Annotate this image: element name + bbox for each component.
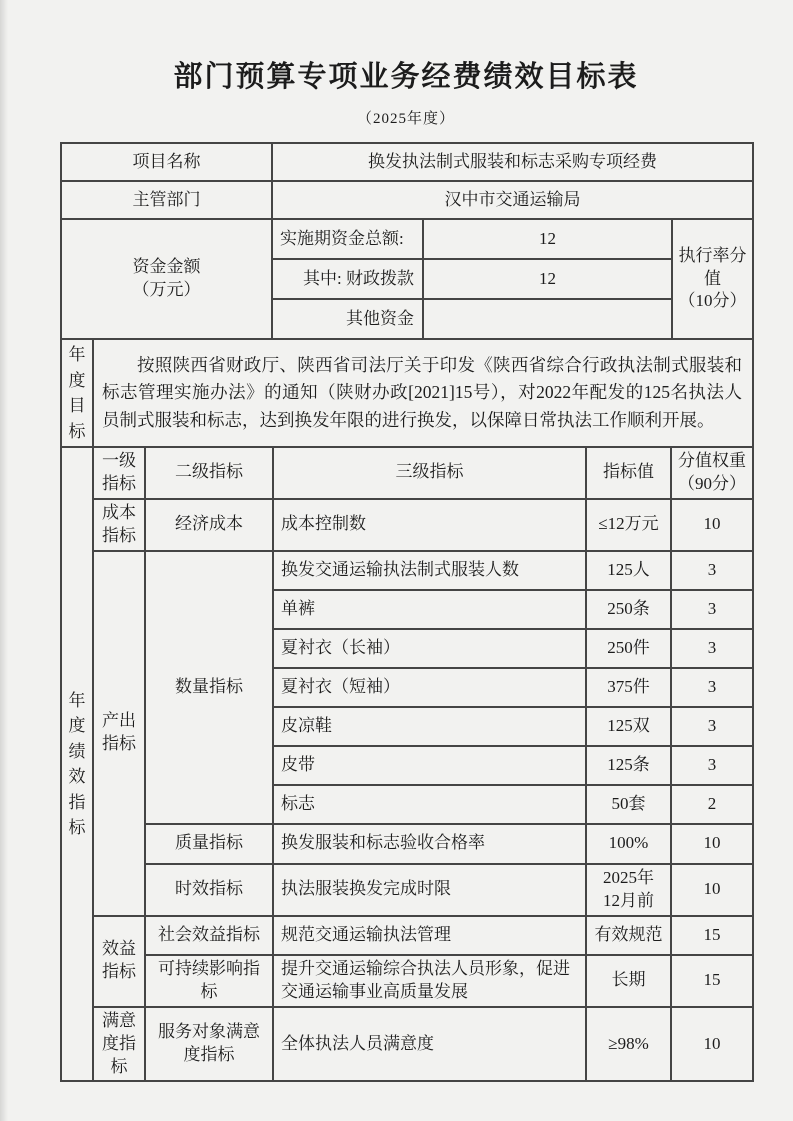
funding-fiscal-value: 12 (423, 259, 672, 299)
weight-cell: 2 (671, 785, 753, 824)
weight-cell: 10 (671, 499, 753, 551)
level1-output: 产出指标 (93, 551, 145, 916)
weight-cell: 3 (671, 590, 753, 629)
indicator-row: 质量指标 换发服装和标志验收合格率 100% 10 (61, 824, 753, 864)
value-cell: 250件 (586, 629, 671, 668)
indicator-row: 满意度指标 服务对象满意度指标 全体执法人员满意度 ≥98% 10 (61, 1007, 753, 1082)
level3-cell: 全体执法人员满意度 (273, 1007, 586, 1082)
execution-rate-label: 执行率分值 （10分） (672, 219, 753, 339)
value-cell: ≤12万元 (586, 499, 671, 551)
weight-cell: 3 (671, 551, 753, 590)
value-cell: 100% (586, 824, 671, 864)
level2-quality: 质量指标 (145, 824, 273, 864)
level3-cell: 夏衬衣（短袖） (273, 668, 586, 707)
level2-cell: 经济成本 (145, 499, 273, 551)
funding-other-value (423, 299, 672, 339)
weight-cell: 3 (671, 668, 753, 707)
indicators-side-cell: 年度绩效指标 (61, 447, 93, 1081)
annual-goal-label-cell: 年度目标 (61, 339, 93, 447)
scan-artifact (0, 0, 8, 1121)
indicators-side-label: 年度绩效指标 (69, 688, 86, 841)
level3-cell: 成本控制数 (273, 499, 586, 551)
value-cell: 250条 (586, 590, 671, 629)
info-table: 项目名称 换发执法制式服装和标志采购专项经费 主管部门 汉中市交通运输局 资金金… (60, 142, 754, 340)
indicator-row: 成本指标 经济成本 成本控制数 ≤12万元 10 (61, 499, 753, 551)
value-cell: 125条 (586, 746, 671, 785)
header-value: 指标值 (586, 447, 671, 499)
weight-cell: 10 (671, 864, 753, 916)
project-name-row: 项目名称 换发执法制式服装和标志采购专项经费 (61, 143, 753, 181)
annual-goal-row: 年度目标 按照陕西省财政厅、陕西省司法厅关于印发《陕西省综合行政执法制式服装和标… (61, 339, 753, 447)
level3-cell: 换发交通运输执法制式服装人数 (273, 551, 586, 590)
value-cell: 长期 (586, 955, 671, 1007)
funding-total-value: 12 (423, 219, 672, 259)
project-name-value: 换发执法制式服装和标志采购专项经费 (272, 143, 753, 181)
level2-sustain: 可持续影响指标 (145, 955, 273, 1007)
level3-cell: 皮带 (273, 746, 586, 785)
value-cell: 50套 (586, 785, 671, 824)
weight-cell: 3 (671, 707, 753, 746)
indicator-row: 产出指标 数量指标 换发交通运输执法制式服装人数 125人 3 (61, 551, 753, 590)
indicators-table: 年度绩效指标 一级指标 二级指标 三级指标 指标值 分值权重 （90分） 成本指… (60, 446, 754, 1082)
indicator-row: 可持续影响指标 提升交通运输综合执法人员形象，促进交通运输事业高质量发展 长期 … (61, 955, 753, 1007)
indicators-header-row: 年度绩效指标 一级指标 二级指标 三级指标 指标值 分值权重 （90分） (61, 447, 753, 499)
project-name-label: 项目名称 (61, 143, 272, 181)
weight-cell: 15 (671, 955, 753, 1007)
annual-goal-text: 按照陕西省财政厅、陕西省司法厅关于印发《陕西省综合行政执法制式服装和标志管理实施… (93, 339, 753, 447)
header-level2: 二级指标 (145, 447, 273, 499)
funding-fiscal-label: 其中: 财政拨款 (272, 259, 423, 299)
level2-timeliness: 时效指标 (145, 864, 273, 916)
page-subtitle: （2025年度） (60, 107, 752, 128)
weight-cell: 10 (671, 824, 753, 864)
weight-cell: 3 (671, 629, 753, 668)
level3-cell: 标志 (273, 785, 586, 824)
department-label: 主管部门 (61, 181, 272, 219)
weight-cell: 10 (671, 1007, 753, 1082)
level1-benefit: 效益指标 (93, 916, 145, 1007)
department-row: 主管部门 汉中市交通运输局 (61, 181, 753, 219)
level3-cell: 皮凉鞋 (273, 707, 586, 746)
level1-satisfaction: 满意度指标 (93, 1007, 145, 1082)
document-page: 部门预算专项业务经费绩效目标表 （2025年度） 项目名称 换发执法制式服装和标… (0, 0, 793, 1121)
page-title: 部门预算专项业务经费绩效目标表 (60, 54, 752, 95)
value-cell: 有效规范 (586, 916, 671, 955)
indicator-row: 效益指标 社会效益指标 规范交通运输执法管理 有效规范 15 (61, 916, 753, 955)
level2-social: 社会效益指标 (145, 916, 273, 955)
value-cell: 125人 (586, 551, 671, 590)
level3-cell: 换发服装和标志验收合格率 (273, 824, 586, 864)
level3-cell: 单裤 (273, 590, 586, 629)
funding-label: 资金金额 （万元） (61, 219, 272, 339)
funding-total-row: 资金金额 （万元） 实施期资金总额: 12 执行率分值 （10分） (61, 219, 753, 259)
header-level3: 三级指标 (273, 447, 586, 499)
funding-total-label: 实施期资金总额: (272, 219, 423, 259)
level2-quantity: 数量指标 (145, 551, 273, 824)
funding-other-label: 其他资金 (272, 299, 423, 339)
value-cell: 2025年 12月前 (586, 864, 671, 916)
value-cell: 125双 (586, 707, 671, 746)
level3-cell: 夏衬衣（长袖） (273, 629, 586, 668)
weight-cell: 15 (671, 916, 753, 955)
department-value: 汉中市交通运输局 (272, 181, 753, 219)
weight-cell: 3 (671, 746, 753, 785)
value-cell: ≥98% (586, 1007, 671, 1082)
level3-cell: 规范交通运输执法管理 (273, 916, 586, 955)
value-cell: 375件 (586, 668, 671, 707)
annual-goal-label: 年度目标 (69, 342, 86, 444)
level3-cell: 提升交通运输综合执法人员形象，促进交通运输事业高质量发展 (273, 955, 586, 1007)
header-level1: 一级指标 (93, 447, 145, 499)
level3-cell: 执法服装换发完成时限 (273, 864, 586, 916)
indicator-row: 时效指标 执法服装换发完成时限 2025年 12月前 10 (61, 864, 753, 916)
level2-service: 服务对象满意度指标 (145, 1007, 273, 1082)
header-weight: 分值权重 （90分） (671, 447, 753, 499)
level1-cost: 成本指标 (93, 499, 145, 551)
annual-goal-table: 年度目标 按照陕西省财政厅、陕西省司法厅关于印发《陕西省综合行政执法制式服装和标… (60, 338, 754, 448)
